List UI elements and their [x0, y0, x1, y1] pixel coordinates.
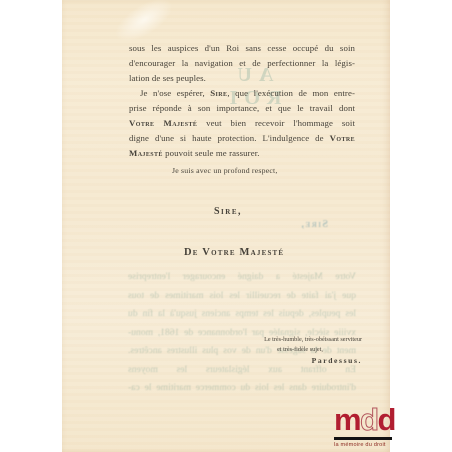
signature-block: Le très-humble, très-obéissant serviteur…: [238, 336, 362, 365]
dedication-line: Votre Majesté veut bien recevoir l'homma…: [129, 116, 355, 131]
logo-letter-d-solid: d: [378, 402, 395, 437]
book-page-scan: AU ROI Sire, Votre Majesté a daigné enco…: [62, 0, 390, 452]
scan-canvas: AU ROI Sire, Votre Majesté a daigné enco…: [0, 0, 452, 452]
small-caps-word: Majesté: [129, 148, 163, 158]
dedication-line: d'encourager la navigation et de perfect…: [129, 56, 355, 71]
small-caps-word: Votre: [330, 133, 355, 143]
logo-divider-bar: [334, 437, 392, 441]
dedication-line: Je n'ose espérer, Sire, que l'exécution …: [129, 86, 355, 101]
salutation-sire: Sire,: [180, 206, 276, 217]
bleedthrough-sire: Sire,: [300, 219, 328, 230]
signature-formula-line1: Le très-humble, très-obéissant serviteur: [238, 336, 362, 343]
bleedthrough-line: les peuples, depuis les temps anciens ju…: [128, 305, 356, 324]
bleedthrough-line: que j'ai faite de recueillir les lois ma…: [128, 287, 356, 306]
small-caps-word: Votre Majesté: [129, 118, 197, 128]
logo-tagline: la mémoire du droit: [334, 442, 396, 448]
logo-letter-m: m: [334, 402, 360, 437]
logo-letter-d-outline: d: [360, 402, 377, 437]
small-caps-word: Sire: [210, 88, 227, 98]
dedication-line: digne d'une si haute protection. L'indul…: [129, 131, 355, 146]
mdd-logo-letters: mdd: [334, 403, 396, 436]
dedication-line: Majesté pouvoit seule me rassurer.: [129, 146, 355, 161]
bleedthrough-line: Votre Majesté a daigné encourager l'entr…: [128, 268, 356, 287]
mdd-watermark-logo: mdd la mémoire du droit: [334, 403, 396, 448]
dedication-line: lation de ses peuples.: [129, 71, 355, 86]
bleedthrough-line: d'introduire dans les lois du commerce m…: [128, 379, 356, 398]
dedication-line: sous les auspices d'un Roi sans cesse oc…: [129, 41, 355, 56]
signature-formula-line2: et très-fidèle sujet,: [238, 346, 362, 353]
bleedthrough-paragraph: Votre Majesté a daigné encourager l'entr…: [128, 268, 356, 398]
signature-author-name: Pardessus.: [238, 356, 362, 365]
dedication-paragraphs: sous les auspices d'un Roi sans cesse oc…: [129, 41, 355, 161]
dedication-line: prise réponde à son importance, et que l…: [129, 101, 355, 116]
majesty-line: De Votre Majesté: [184, 247, 284, 258]
respect-line: Je suis avec un profond respect,: [172, 166, 278, 175]
